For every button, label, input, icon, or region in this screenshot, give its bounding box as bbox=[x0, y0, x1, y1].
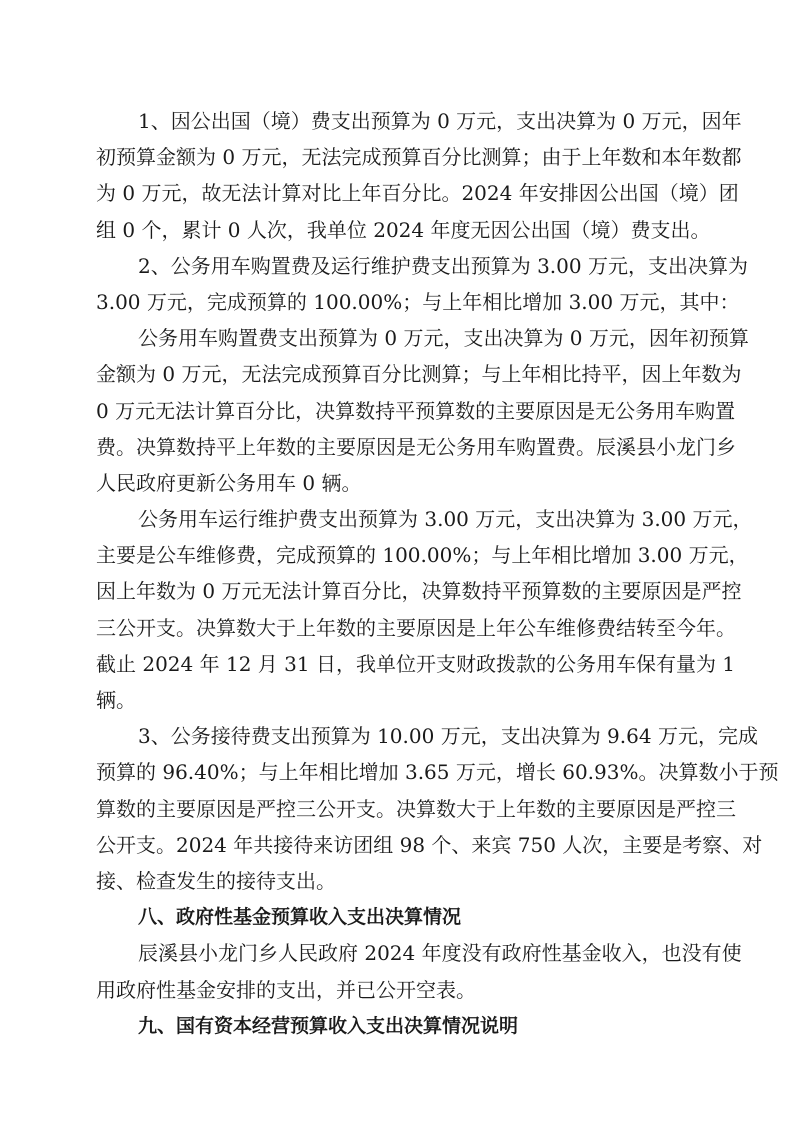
text-line: 辆。 bbox=[96, 685, 698, 721]
text-line: 三公开支。决算数大于上年数的主要原因是上年公车维修费结转至今年。 bbox=[96, 613, 698, 649]
text-line: 2、公务用车购置费及运行维护费支出预算为 3.00 万元，支出决算为 bbox=[96, 251, 698, 287]
text-line: 3、公务接待费支出预算为 10.00 万元，支出决算为 9.64 万元，完成 bbox=[96, 721, 698, 757]
paragraph-reception-expense: 3、公务接待费支出预算为 10.00 万元，支出决算为 9.64 万元，完成 预… bbox=[96, 721, 698, 902]
paragraph-outbound-travel-expense: 1、因公出国（境）费支出预算为 0 万元，支出决算为 0 万元，因年 初预算金额… bbox=[96, 106, 698, 251]
text-line: 因上年数为 0 万元无法计算百分比，决算数持平预算数的主要原因是严控 bbox=[96, 576, 698, 612]
text-line: 截止 2024 年 12 月 31 日，我单位开支财政拨款的公务用车保有量为 1 bbox=[96, 649, 698, 685]
paragraph-vehicle-purchase: 公务用车购置费支出预算为 0 万元，支出决算为 0 万元，因年初预算 金额为 0… bbox=[96, 323, 698, 504]
text-line: 人民政府更新公务用车 0 辆。 bbox=[96, 468, 698, 504]
paragraph-vehicle-maintenance: 公务用车运行维护费支出预算为 3.00 万元，支出决算为 3.00 万元， 主要… bbox=[96, 504, 698, 721]
text-line: 辰溪县小龙门乡人民政府 2024 年度没有政府性基金收入，也没有使 bbox=[96, 938, 698, 974]
paragraph-vehicle-expense-summary: 2、公务用车购置费及运行维护费支出预算为 3.00 万元，支出决算为 3.00 … bbox=[96, 251, 698, 323]
text-line: 用政府性基金安排的支出，并已公开空表。 bbox=[96, 975, 698, 1011]
text-line: 0 万元无法计算百分比，决算数持平预算数的主要原因是无公务用车购置 bbox=[96, 396, 698, 432]
text-line: 初预算金额为 0 万元，无法完成预算百分比测算；由于上年数和本年数都 bbox=[96, 142, 698, 178]
text-line: 3.00 万元，完成预算的 100.00%；与上年相比增加 3.00 万元，其中… bbox=[96, 287, 698, 323]
section-heading: 八、政府性基金预算收入支出决算情况 bbox=[96, 902, 698, 938]
text-line: 1、因公出国（境）费支出预算为 0 万元，支出决算为 0 万元，因年 bbox=[96, 106, 698, 142]
text-line: 主要是公车维修费，完成预算的 100.00%；与上年相比增加 3.00 万元， bbox=[96, 540, 698, 576]
text-line: 为 0 万元，故无法计算对比上年百分比。2024 年安排因公出国（境）团 bbox=[96, 178, 698, 214]
text-line: 预算的 96.40%；与上年相比增加 3.65 万元，增长 60.93%。决算数… bbox=[96, 757, 698, 793]
text-line: 金额为 0 万元，无法完成预算百分比测算；与上年相比持平，因上年数为 bbox=[96, 359, 698, 395]
text-line: 算数的主要原因是严控三公开支。决算数大于上年数的主要原因是严控三 bbox=[96, 794, 698, 830]
text-line: 接、检查发生的接待支出。 bbox=[96, 866, 698, 902]
section-heading-government-fund: 八、政府性基金预算收入支出决算情况 bbox=[96, 902, 698, 938]
paragraph-government-fund: 辰溪县小龙门乡人民政府 2024 年度没有政府性基金收入，也没有使 用政府性基金… bbox=[96, 938, 698, 1010]
text-line: 费。决算数持平上年数的主要原因是无公务用车购置费。辰溪县小龙门乡 bbox=[96, 432, 698, 468]
text-line: 组 0 个，累计 0 人次，我单位 2024 年度无因公出国（境）费支出。 bbox=[96, 215, 698, 251]
document-page: 1、因公出国（境）费支出预算为 0 万元，支出决算为 0 万元，因年 初预算金额… bbox=[96, 106, 698, 1047]
text-line: 公务用车购置费支出预算为 0 万元，支出决算为 0 万元，因年初预算 bbox=[96, 323, 698, 359]
section-heading-state-capital: 九、国有资本经营预算收入支出决算情况说明 bbox=[96, 1011, 698, 1047]
section-heading: 九、国有资本经营预算收入支出决算情况说明 bbox=[96, 1011, 698, 1047]
text-line: 公务用车运行维护费支出预算为 3.00 万元，支出决算为 3.00 万元， bbox=[96, 504, 698, 540]
text-line: 公开支。2024 年共接待来访团组 98 个、来宾 750 人次，主要是考察、对 bbox=[96, 830, 698, 866]
